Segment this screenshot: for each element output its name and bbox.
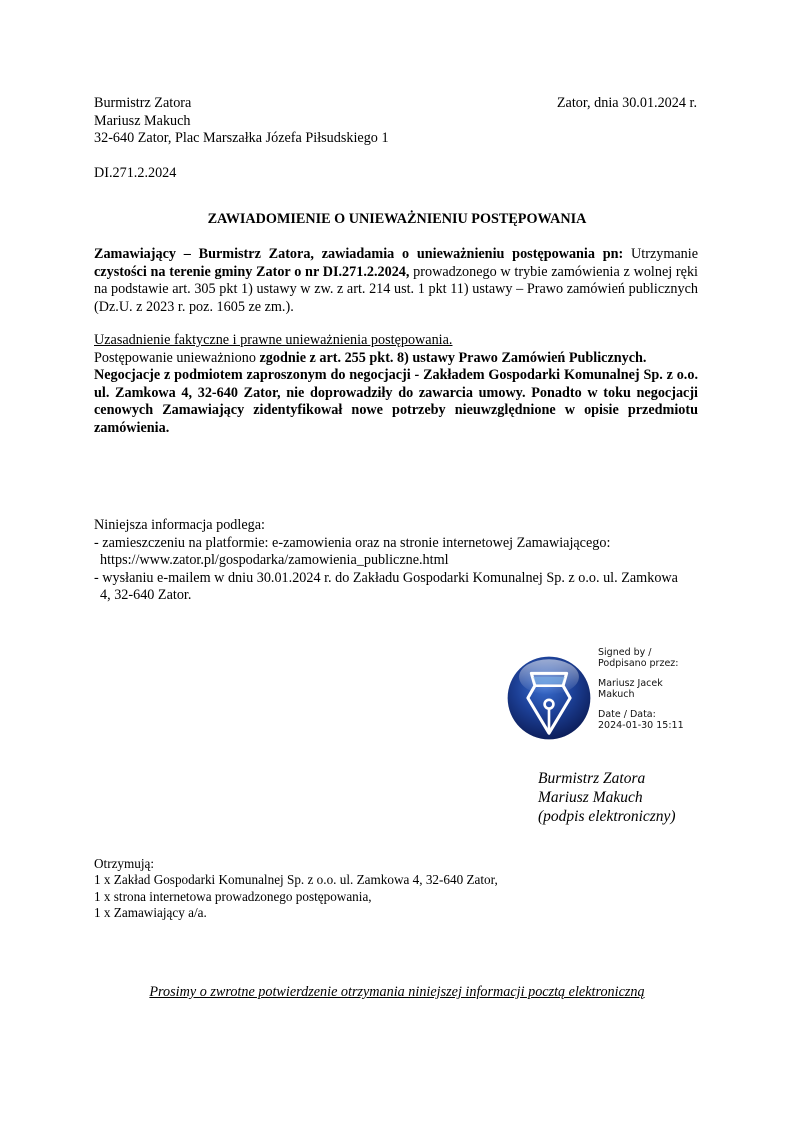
- notice-subject-regular: Utrzymanie: [623, 246, 698, 262]
- signer-name: Mariusz Jacek: [598, 679, 684, 690]
- signer-block: Burmistrz Zatora Mariusz Makuch (podpis …: [538, 769, 676, 826]
- sender-block: Burmistrz Zatora Mariusz Makuch 32-640 Z…: [94, 95, 389, 148]
- information-item-email-cont: 4, 32-640 Zator.: [94, 587, 714, 605]
- information-item-platform: - zamieszczeniu na platformie: e-zamowie…: [94, 535, 714, 553]
- notice-lead: Zamawiający – Burmistrz Zatora, zawiadam…: [94, 246, 623, 262]
- sender-title: Burmistrz Zatora: [94, 95, 389, 113]
- fountain-pen-nib-icon: [505, 654, 593, 742]
- information-intro: Niniejsza informacja podlega:: [94, 517, 714, 535]
- signer-fullname: Mariusz Makuch: [538, 788, 676, 807]
- signer-surname: Makuch: [598, 690, 684, 701]
- sender-address: 32-640 Zator, Plac Marszałka Józefa Piłs…: [94, 130, 389, 148]
- information-url[interactable]: https://www.zator.pl/gospodarka/zamowien…: [94, 552, 714, 570]
- justification-legal-basis: Postępowanie unieważniono zgodnie z art.…: [94, 350, 698, 368]
- signature-details: Signed by / Podpisano przez: Mariusz Jac…: [598, 648, 684, 731]
- justification-body: Negocjacje z podmiotem zaproszonym do ne…: [94, 367, 698, 437]
- recipient-item: 1 x Zakład Gospodarki Komunalnej Sp. z o…: [94, 872, 498, 888]
- electronic-signature-stamp: Signed by / Podpisano przez: Mariusz Jac…: [505, 648, 705, 743]
- legal-basis-regular: Postępowanie unieważniono: [94, 350, 259, 366]
- recipient-item: 1 x Zamawiający a/a.: [94, 905, 498, 921]
- signature-date: 2024-01-30 15:11: [598, 721, 684, 732]
- sender-name: Mariusz Makuch: [94, 113, 389, 131]
- information-section: Niniejsza informacja podlega: - zamieszc…: [94, 517, 714, 605]
- reference-number: DI.271.2.2024: [94, 165, 176, 183]
- confirmation-request-note: Prosimy o zwrotne potwierdzenie otrzyman…: [0, 984, 794, 1002]
- recipient-item: 1 x strona internetowa prowadzonego post…: [94, 889, 498, 905]
- date-label: Date / Data:: [598, 710, 684, 721]
- recipients-heading: Otrzymują:: [94, 856, 498, 872]
- recipients-list: Otrzymują: 1 x Zakład Gospodarki Komunal…: [94, 856, 498, 921]
- legal-basis-bold: zgodnie z art. 255 pkt. 8) ustawy Prawo …: [259, 350, 646, 366]
- notice-subject-bold: czystości na terenie gminy Zator o nr DI…: [94, 264, 409, 280]
- information-item-email: - wysłaniu e-mailem w dniu 30.01.2024 r.…: [94, 570, 714, 588]
- document-title: ZAWIADOMIENIE O UNIEWAŻNIENIU POSTĘPOWAN…: [0, 211, 794, 229]
- signed-by-label: Signed by /: [598, 648, 684, 659]
- signer-note: (podpis elektroniczny): [538, 807, 676, 826]
- notice-paragraph: Zamawiający – Burmistrz Zatora, zawiadam…: [94, 246, 698, 316]
- signer-title: Burmistrz Zatora: [538, 769, 676, 788]
- signed-by-label-pl: Podpisano przez:: [598, 659, 684, 670]
- place-date: Zator, dnia 30.01.2024 r.: [557, 95, 697, 113]
- justification-heading: Uzasadnienie faktyczne i prawne unieważn…: [94, 332, 698, 350]
- justification-section: Uzasadnienie faktyczne i prawne unieważn…: [94, 332, 698, 437]
